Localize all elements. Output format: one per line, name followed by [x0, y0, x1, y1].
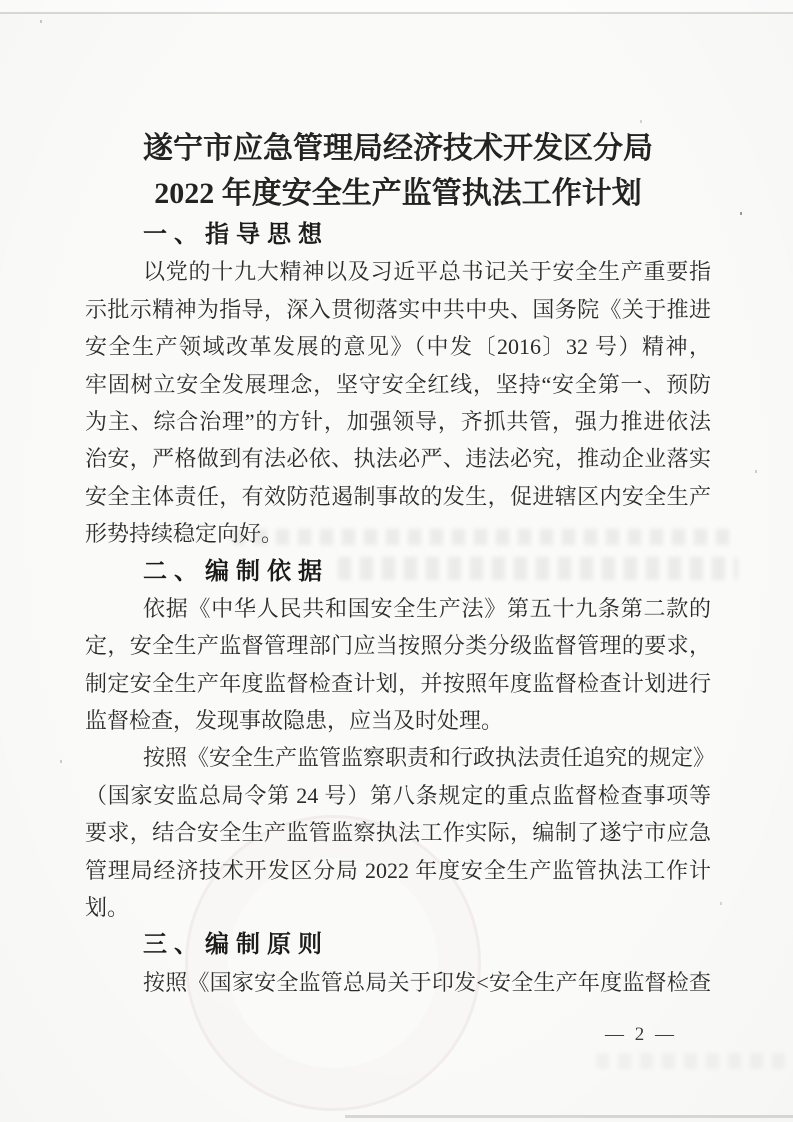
- document-title-line-1: 遂宁市应急管理局经济技术开发区分局: [85, 126, 711, 171]
- text-line: 安全主体责任，有效防范遏制事故的发生，促进辖区内安全生产: [85, 478, 711, 515]
- scan-edge-line-bottom: [345, 1115, 793, 1118]
- section-heading: 三、编制原则: [85, 926, 711, 963]
- text-line: 按照《国家安全监管总局关于印发<安全生产年度监督检查: [85, 964, 711, 1001]
- text-line: 为主、综合治理”的方针，加强领导，齐抓共管，强力推进依法: [85, 403, 711, 440]
- document-body: 一、指导思想以党的十九大精神以及习近平总书记关于安全生产重要指示批示精神为指导，…: [85, 216, 711, 1001]
- document-title-line-2: 2022 年度安全生产监管执法工作计划: [85, 171, 711, 216]
- page-number: — 2 —: [596, 1022, 686, 1048]
- text-line: 以党的十九大精神以及习近平总书记关于安全生产重要指: [85, 253, 711, 290]
- text-line: 按照《安全生产监管监察职责和行政执法责任追究的规定》: [85, 739, 711, 776]
- text-line: 依据《中华人民共和国安全生产法》第五十九条第二款的规: [85, 590, 711, 627]
- scanned-document-page: 遂宁市应急管理局经济技术开发区分局 2022 年度安全生产监管执法工作计划 一、…: [0, 0, 793, 1122]
- text-line: 定，安全生产监督管理部门应当按照分类分级监督管理的要求，: [85, 627, 711, 664]
- text-line: 示批示精神为指导，深入贯彻落实中共中央、国务院《关于推进: [85, 291, 711, 328]
- text-line: 划。: [85, 889, 711, 926]
- text-line: 牢固树立安全发展理念，坚守安全红线，坚持“安全第一、预防: [85, 366, 711, 403]
- section-heading: 一、指导思想: [85, 216, 711, 253]
- scan-noise-specks: [740, 212, 742, 215]
- bleedthrough-text-artifact: [596, 1053, 788, 1069]
- section-heading: 二、编制依据: [85, 553, 711, 590]
- text-line: 制定安全生产年度监督检查计划，并按照年度监督检查计划进行: [85, 665, 711, 702]
- text-line: 管理局经济技术开发区分局 2022 年度安全生产监管执法工作计: [85, 852, 711, 889]
- text-line: 要求，结合安全生产监管监察执法工作实际，编制了遂宁市应急: [85, 814, 711, 851]
- text-line: 安全生产领域改革发展的意见》（中发〔2016〕32 号）精神，: [85, 328, 711, 365]
- text-line: （国家安监总局令第 24 号）第八条规定的重点监督检查事项等: [85, 777, 711, 814]
- text-line: 形势持续稳定向好。: [85, 515, 711, 552]
- scan-edge-line-top: [0, 12, 793, 14]
- scan-top-margin: [0, 0, 793, 12]
- document-content: 遂宁市应急管理局经济技术开发区分局 2022 年度安全生产监管执法工作计划 一、…: [85, 126, 711, 1001]
- text-line: 监督检查，发现事故隐患，应当及时处理。: [85, 702, 711, 739]
- text-line: 治安，严格做到有法必依、执法必严、违法必究，推动企业落实: [85, 440, 711, 477]
